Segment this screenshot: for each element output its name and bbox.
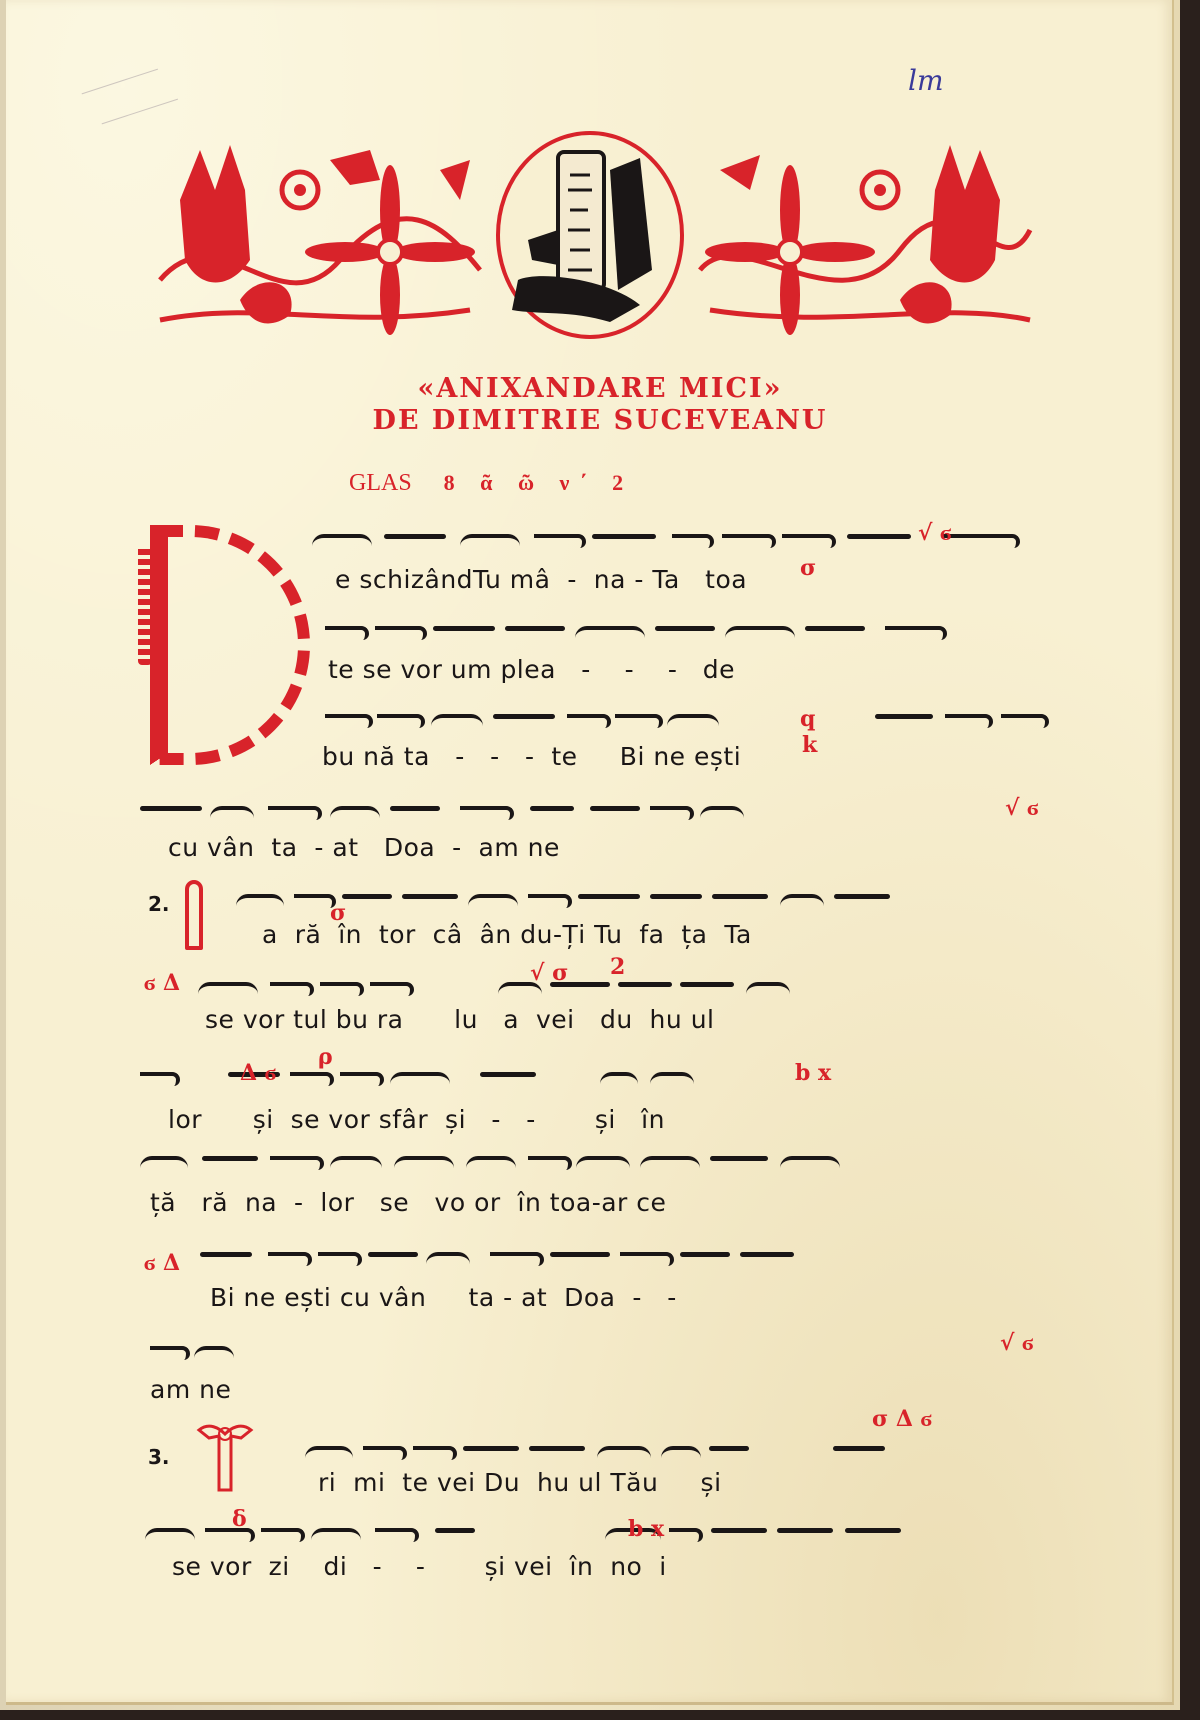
- red-neume-sign: ρ: [318, 1044, 333, 1070]
- glas-mode-line: GLAS 8 ᾶ ῶ ν΄ 2: [349, 470, 633, 497]
- neume-line: [140, 1150, 1040, 1174]
- lyric-line: bu nă ta - - - te Bi ne ești: [322, 742, 741, 771]
- lyric-line: am ne: [150, 1375, 231, 1404]
- lyric-line: e schizândTu mâ - na - Ta toa: [335, 565, 747, 594]
- red-neume-sign: σ Δ ϭ: [872, 1406, 932, 1432]
- red-neume-sign: ϭ Δ: [144, 970, 180, 996]
- neume-line: [305, 1440, 1045, 1464]
- neume-line: [236, 888, 1036, 912]
- red-neume-sign: √ ϭ: [1005, 795, 1038, 821]
- red-neume-sign: 2: [610, 954, 625, 980]
- red-neume-sign: q: [800, 706, 815, 732]
- page-subtitle-author: DE DIMITRIE SUCEVEANU: [0, 405, 1200, 437]
- red-neume-sign: δ: [232, 1506, 247, 1532]
- verse-number: 2.: [148, 892, 170, 916]
- red-neume-sign: b x: [628, 1516, 664, 1542]
- red-neume-sign: σ: [800, 555, 816, 581]
- lyric-line: te se vor um plea - - - de: [328, 655, 735, 684]
- lyric-line: ță ră na - lor se vo or în toa-ar ce: [150, 1188, 666, 1217]
- illuminated-initial-p-icon: [185, 880, 203, 950]
- verse-number: 3.: [148, 1445, 170, 1469]
- neume-line: [150, 1340, 350, 1364]
- red-neume-sign: k: [802, 732, 817, 758]
- lyric-line: a ră în tor câ ân du-Ți Tu fa ța Ta: [262, 920, 752, 949]
- red-neume-sign: Δ ϭ: [240, 1060, 276, 1086]
- red-neume-sign: ϭ Δ: [144, 1250, 180, 1276]
- illuminated-initial-t-angel-icon: [195, 1420, 255, 1496]
- neume-line: [140, 800, 860, 824]
- red-neume-sign: √ ϭ: [918, 520, 951, 546]
- red-neume-sign: √ σ: [530, 960, 568, 986]
- neume-line: [325, 620, 1025, 644]
- glas-label: GLAS: [349, 470, 412, 496]
- lyric-line: Bi ne ești cu vân ta - at Doa - -: [210, 1283, 677, 1312]
- neume-line: [200, 1246, 1030, 1270]
- floral-ornament-icon: [140, 130, 1040, 340]
- lyric-line: lor și se vor sfâr și - - și în: [168, 1105, 665, 1134]
- lyric-line: cu vân ta - at Doa - am ne: [168, 833, 560, 862]
- handwritten-ink-mark: lm: [908, 64, 944, 97]
- title-block: «ANIXANDARE MICI» DE DIMITRIE SUCEVEANU: [0, 373, 1200, 437]
- header-ornament: [140, 130, 1040, 340]
- neume-line: [145, 1522, 1045, 1546]
- glas-mode-signs: 8 ᾶ ῶ ν΄ 2: [444, 470, 634, 495]
- red-neume-sign: b x: [795, 1060, 831, 1086]
- red-neume-sign: √ ϭ: [1000, 1330, 1033, 1356]
- lyric-line: ri mi te vei Du hu ul Tău și: [318, 1468, 722, 1497]
- lyric-line: se vor tul bu ra lu a vei du hu ul: [205, 1005, 715, 1034]
- neume-line: [325, 708, 1025, 732]
- lyric-line: se vor zi di - - și vei în no i: [172, 1552, 667, 1581]
- page-title: «ANIXANDARE MICI»: [0, 373, 1200, 405]
